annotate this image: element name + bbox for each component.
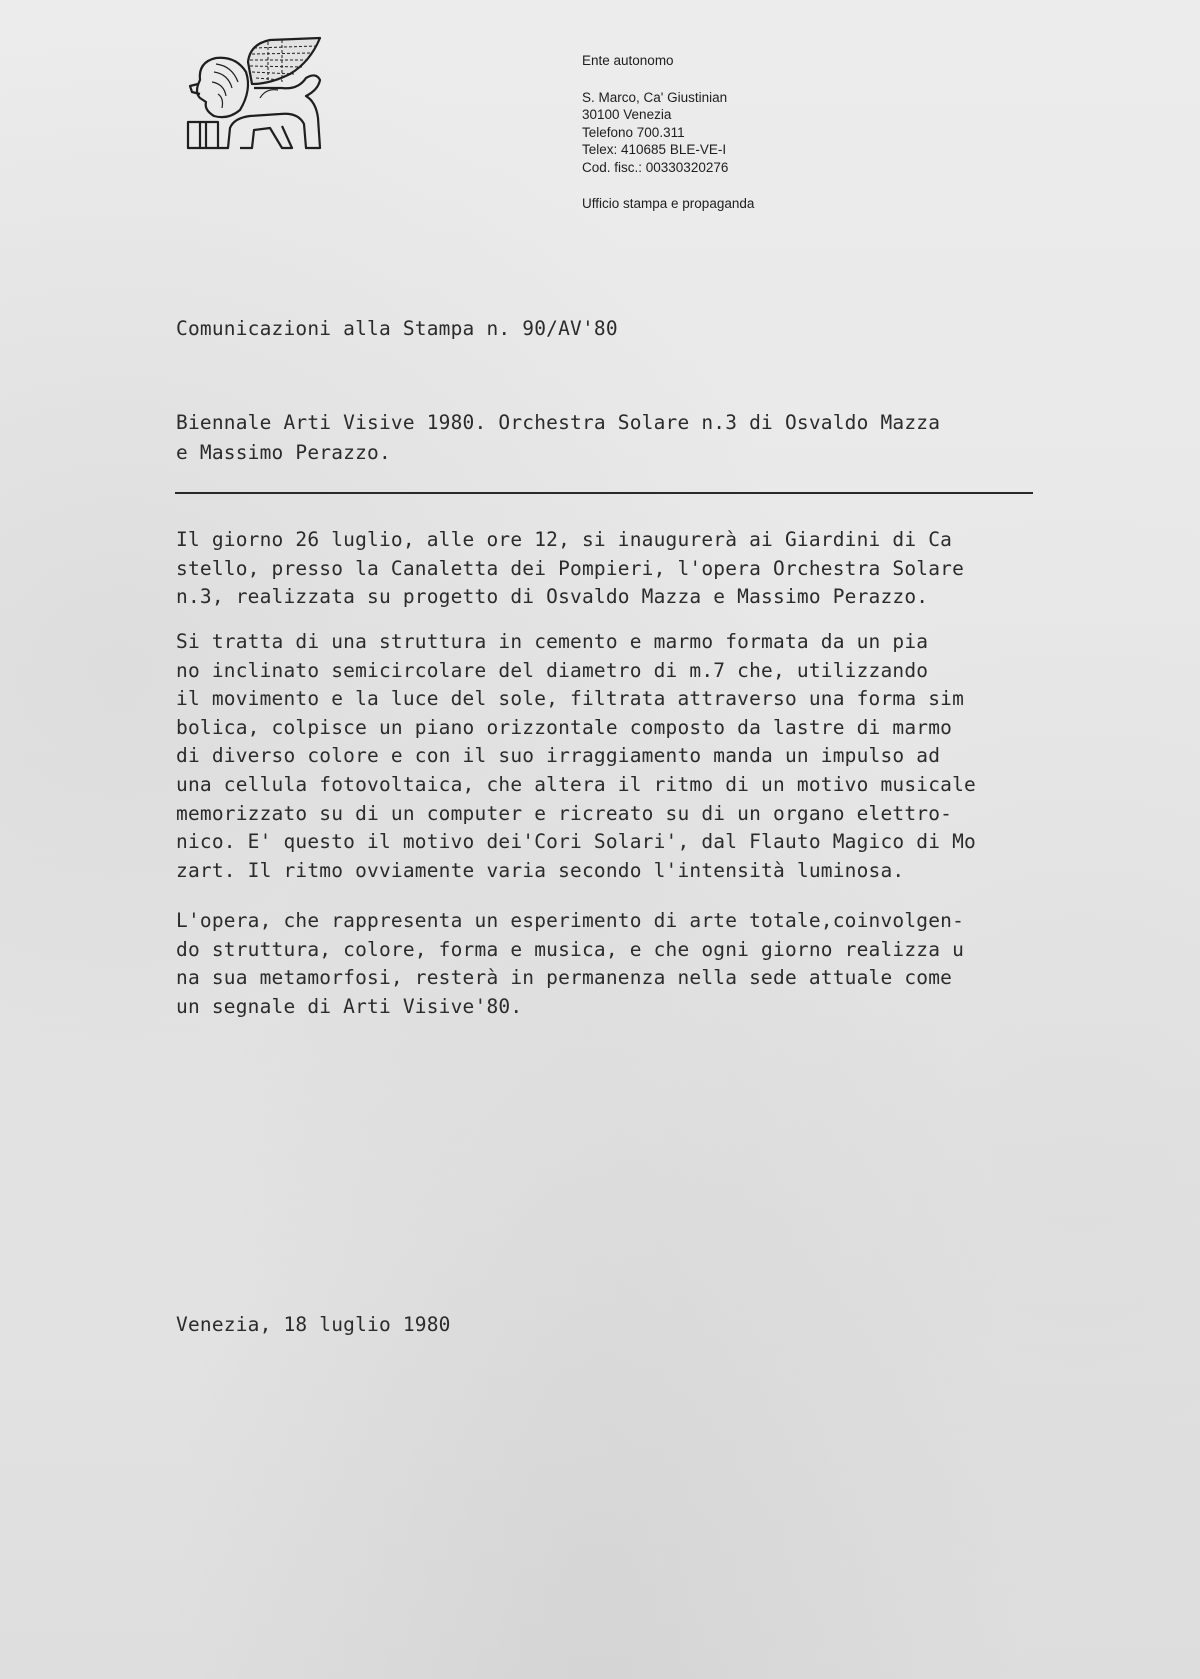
- paragraph-2: Si tratta di una struttura in cemento e …: [176, 628, 1056, 885]
- text-line: stello, presso la Canaletta dei Pompieri…: [176, 555, 1056, 584]
- text-line: n.3, realizzata su progetto di Osvaldo M…: [176, 583, 1056, 612]
- office-label: Ufficio stampa e propaganda: [582, 195, 754, 213]
- address-line: 30100 Venezia: [582, 106, 754, 124]
- paragraph-3: L'opera, che rappresenta un esperimento …: [176, 907, 1056, 1021]
- letterhead: Ente autonomo S. Marco, Ca' Giustinian 3…: [582, 52, 754, 213]
- text-line: memorizzato su di un computer e ricreato…: [176, 800, 1056, 829]
- divider: [175, 492, 1033, 494]
- text-line: una cellula fotovoltaica, che altera il …: [176, 771, 1056, 800]
- text-line: Si tratta di una struttura in cemento e …: [176, 628, 1056, 657]
- text-line: no inclinato semicircolare del diametro …: [176, 657, 1056, 686]
- paragraph-1: Il giorno 26 luglio, alle ore 12, si ina…: [176, 526, 1056, 612]
- communication-reference: Comunicazioni alla Stampa n. 90/AV'80: [176, 317, 618, 340]
- text-line: zart. Il ritmo ovviamente varia secondo …: [176, 857, 1056, 886]
- telex-line: Telex: 410685 BLE-VE-I: [582, 141, 754, 159]
- text-line: di diverso colore e con il suo irraggiam…: [176, 742, 1056, 771]
- tax-code-line: Cod. fisc.: 00330320276: [582, 159, 754, 177]
- text-line: Il giorno 26 luglio, alle ore 12, si ina…: [176, 526, 1056, 555]
- text-line: bolica, colpisce un piano orizzontale co…: [176, 714, 1056, 743]
- press-release-page: Ente autonomo S. Marco, Ca' Giustinian 3…: [0, 0, 1200, 1679]
- title-line: e Massimo Perazzo.: [176, 438, 940, 468]
- text-line: na sua metamorfosi, resterà in permanenz…: [176, 964, 1056, 993]
- text-line: L'opera, che rappresenta un esperimento …: [176, 907, 1056, 936]
- text-line: nico. E' questo il motivo dei'Cori Solar…: [176, 828, 1056, 857]
- date-line: Venezia, 18 luglio 1980: [176, 1313, 451, 1336]
- phone-line: Telefono 700.311: [582, 124, 754, 142]
- text-line: do struttura, colore, forma e musica, e …: [176, 936, 1056, 965]
- organization-label: Ente autonomo: [582, 52, 754, 70]
- text-line: il movimento e la luce del sole, filtrat…: [176, 685, 1056, 714]
- document-title: Biennale Arti Visive 1980. Orchestra Sol…: [176, 408, 940, 468]
- title-line: Biennale Arti Visive 1980. Orchestra Sol…: [176, 408, 940, 438]
- text-line: un segnale di Arti Visive'80.: [176, 993, 1056, 1022]
- address-line: S. Marco, Ca' Giustinian: [582, 89, 754, 107]
- winged-lion-icon: [170, 32, 326, 154]
